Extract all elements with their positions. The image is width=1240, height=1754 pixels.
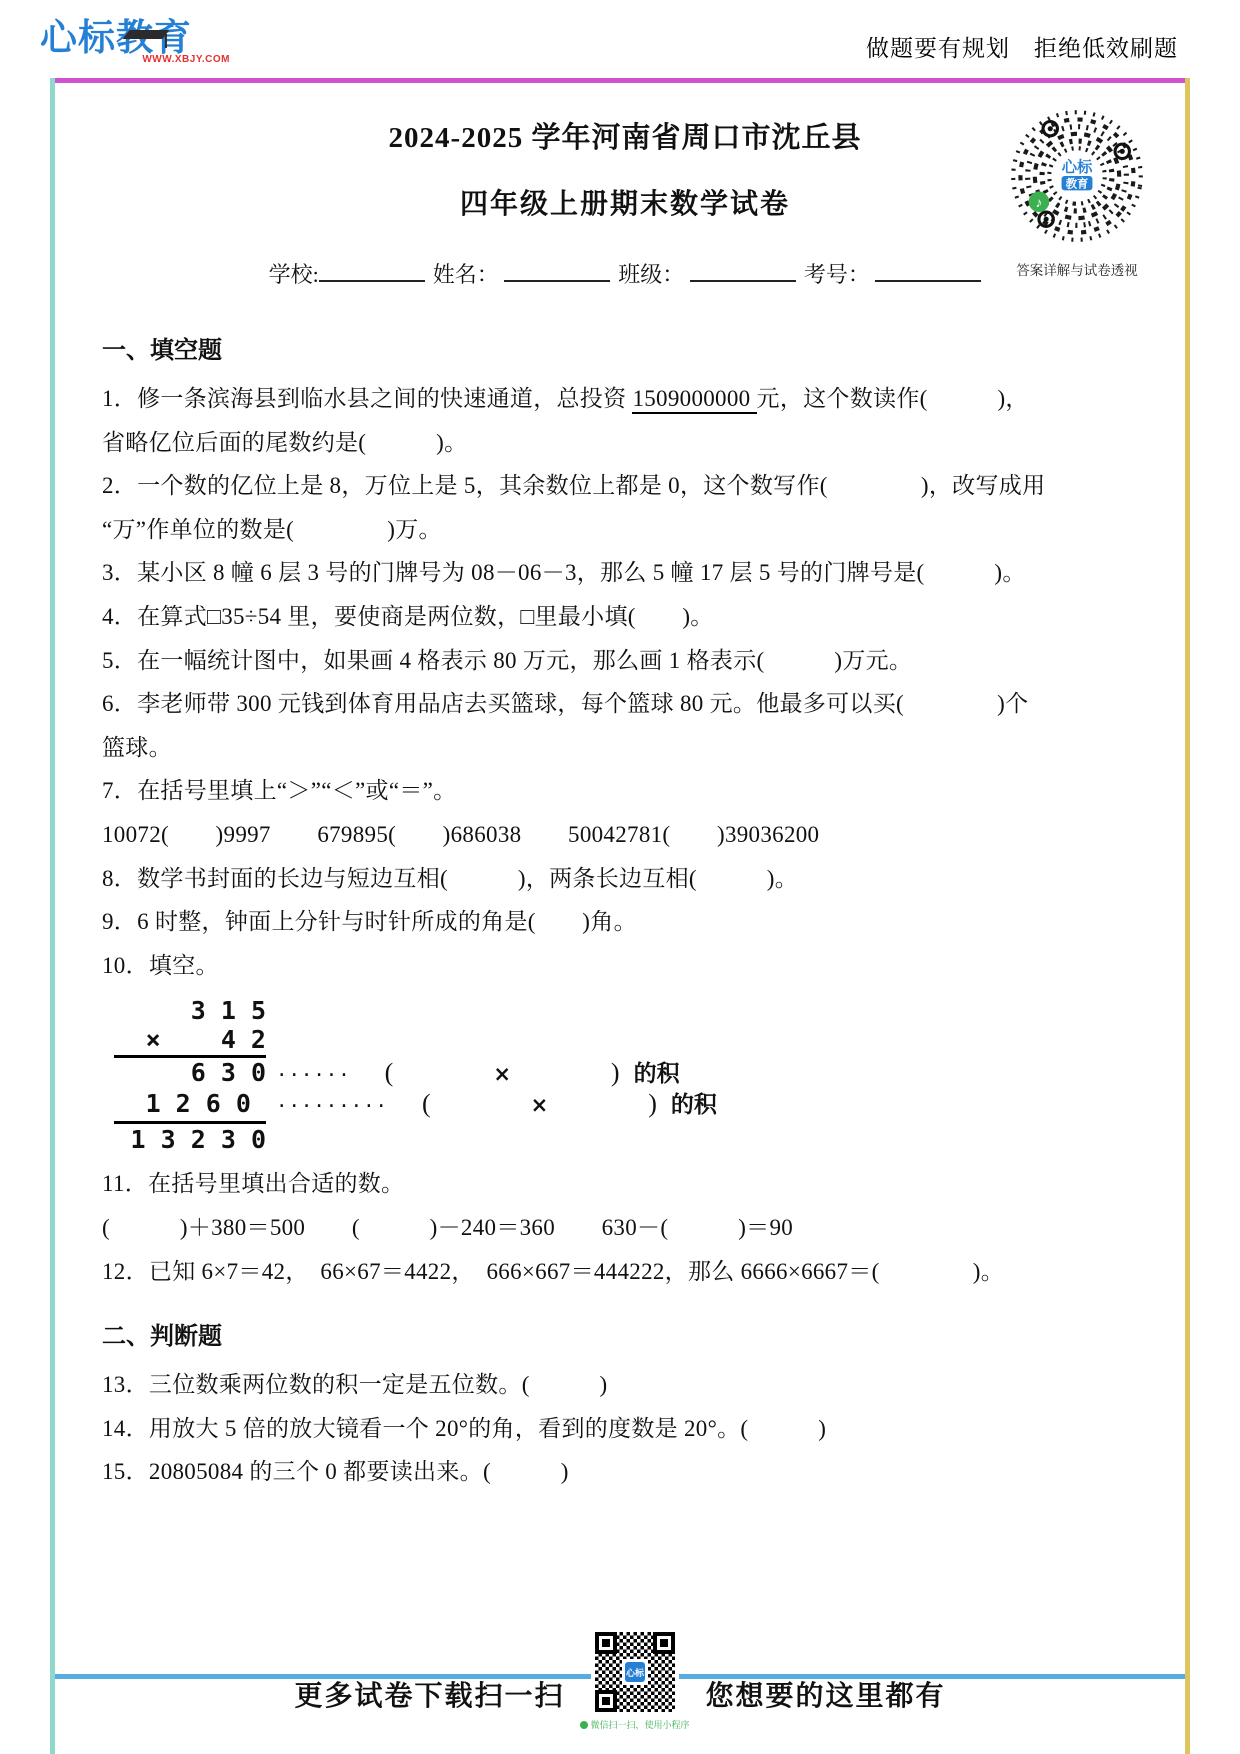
mult-open-paren-1: ( <box>385 1059 394 1087</box>
qr-finder-bottom-left <box>595 1690 617 1712</box>
mult-partial-product-1: 6 3 0 <box>114 1059 266 1087</box>
name-label: 姓名： <box>433 262 499 287</box>
question-7: 7．在括号里填上“＞”“＜”或“＝”。 <box>102 769 1148 813</box>
question-10: 10．填空。 <box>102 944 1148 988</box>
question-3: 3．某小区 8 幢 6 层 3 号的门牌号为 08－06－3，那么 5 幢 17… <box>102 551 1148 595</box>
investment-amount-underlined: 1509000000 <box>632 386 756 414</box>
mult-times-icon-1: × <box>493 1060 511 1088</box>
question-11: 11．在括号里填出合适的数。 <box>102 1162 1148 1206</box>
question-14: 14．用放大 5 倍的放大镜看一个 20°的角，看到的度数是 20°。( ) <box>102 1407 1148 1451</box>
mult-multiplicand: 3 1 5 <box>114 997 266 1025</box>
exam-content: 2024-2025 学年河南省周口市沈丘县 四年级上册期末数学试卷 学校: 姓名… <box>102 83 1148 1494</box>
graduation-cap-icon <box>122 30 169 39</box>
question-9: 9．6 时整，钟面上分针与时针所成的角是( )角。 <box>102 900 1148 944</box>
footer-qr-code: 心标 <box>591 1628 679 1716</box>
mult-close-paren-2: ) <box>648 1090 657 1118</box>
footer: 更多试卷下载扫一扫 心标 微信扫一扫，使用小程序 您想要的这里都有 <box>55 1628 1185 1754</box>
question-13: 13．三位数乘两位数的积一定是五位数。( ) <box>102 1363 1148 1407</box>
wechat-icon <box>580 1721 588 1729</box>
question-1-text-pre: 1．修一条滨海县到临水县之间的快速通道，总投资 <box>102 386 632 411</box>
question-2-line-1: 2．一个数的亿位上是 8，万位上是 5，其余数位上都是 0，这个数写作( )，改… <box>102 464 1148 508</box>
footer-qr-logo-text: 心标 <box>625 1662 645 1682</box>
question-8: 8．数学书封面的长边与短边互相( )，两条长边互相( )。 <box>102 857 1148 901</box>
mult-times-icon-2: × <box>531 1091 549 1119</box>
question-15: 15．20805084 的三个 0 都要读出来。( ) <box>102 1450 1148 1494</box>
question-1-line-2: 省略亿位后面的尾数约是( )。 <box>102 421 1148 465</box>
examno-fill-line <box>875 260 981 282</box>
class-fill-line <box>690 260 796 282</box>
question-6-line-2: 篮球。 <box>102 726 1148 770</box>
qr-finder-top-left <box>595 1632 617 1654</box>
question-12: 12．已知 6×7＝42， 66×67＝4422， 666×667＝444222… <box>102 1250 1148 1294</box>
multiplication-work-figure: 3 1 5 × 4 2 6 3 0 ······ ( × ) 的积 1 2 6 … <box>114 997 1148 1154</box>
question-1-line-1: 1．修一条滨海县到临水县之间的快速通道，总投资 1509000000 元，这个数… <box>102 377 1148 421</box>
footer-right-text: 您想要的这里都有 <box>706 1674 946 1714</box>
question-body: 一、填空题 1．修一条滨海县到临水县之间的快速通道，总投资 1509000000… <box>102 329 1148 1494</box>
qr-finder-top-right <box>653 1632 675 1654</box>
mult-final-product: 1 3 2 3 0 <box>114 1121 266 1154</box>
student-info-row: 学校: 姓名： 班级： 考号： <box>102 258 1148 289</box>
question-6-line-1: 6．李老师带 300 元钱到体育用品店去买篮球，每个篮球 80 元。他最多可以买… <box>102 682 1148 726</box>
mult-partial-product-2: 1 2 6 0 <box>114 1090 266 1118</box>
school-label: 学校: <box>269 262 319 287</box>
exam-paper-page: 心标教育 WWW.XBJY.COM 做题要有规划 拒绝低效刷题 心标 教育 <box>0 0 1240 1754</box>
frame-right-line <box>1185 78 1190 1754</box>
footer-qr-block: 心标 微信扫一扫，使用小程序 <box>580 1628 689 1731</box>
section-1-heading: 一、填空题 <box>102 329 1148 373</box>
footer-left-text: 更多试卷下载扫一扫 <box>294 1674 564 1714</box>
examno-label: 考号： <box>804 262 870 287</box>
exam-title-line1: 2024-2025 学年河南省周口市沈丘县 <box>102 115 1148 156</box>
section-2-heading: 二、判断题 <box>102 1315 1148 1359</box>
wechat-scan-caption: 微信扫一扫，使用小程序 <box>580 1718 689 1731</box>
question-11-values: ( )＋380＝500 ( )－240＝360 630－( )＝90 <box>102 1206 1148 1250</box>
mult-open-paren-2: ( <box>422 1090 431 1118</box>
question-7-values: 10072( )9997 679895( )686038 50042781( )… <box>102 813 1148 857</box>
mult-product-label-2: 的积 <box>671 1090 717 1118</box>
mult-multiplier: × 4 2 <box>114 1026 266 1058</box>
footer-qr-logo: 心标 <box>622 1659 648 1685</box>
frame-left-line <box>50 78 55 1754</box>
header-slogan: 做题要有规划 拒绝低效刷题 <box>866 30 1178 63</box>
question-2-line-2: “万”作单位的数是( )万。 <box>102 508 1148 552</box>
school-fill-line <box>319 260 425 282</box>
name-fill-line <box>504 260 610 282</box>
mult-dots-2: ········· <box>276 1092 388 1120</box>
brand-logo: 心标教育 WWW.XBJY.COM <box>40 18 230 65</box>
wechat-scan-caption-text: 微信扫一扫，使用小程序 <box>590 1718 689 1731</box>
question-4: 4．在算式□35÷54 里，要使商是两位数，□里最小填( )。 <box>102 595 1148 639</box>
exam-title-line2: 四年级上册期末数学试卷 <box>102 182 1148 222</box>
mult-product-label-1: 的积 <box>634 1059 680 1087</box>
class-label: 班级： <box>618 262 684 287</box>
mult-close-paren-1: ) <box>611 1059 620 1087</box>
question-1-text-post: 元，这个数读作( )， <box>757 386 1029 411</box>
mult-dots-1: ······ <box>276 1061 351 1089</box>
question-5: 5．在一幅统计图中，如果画 4 格表示 80 万元，那么画 1 格表示( )万元… <box>102 639 1148 683</box>
